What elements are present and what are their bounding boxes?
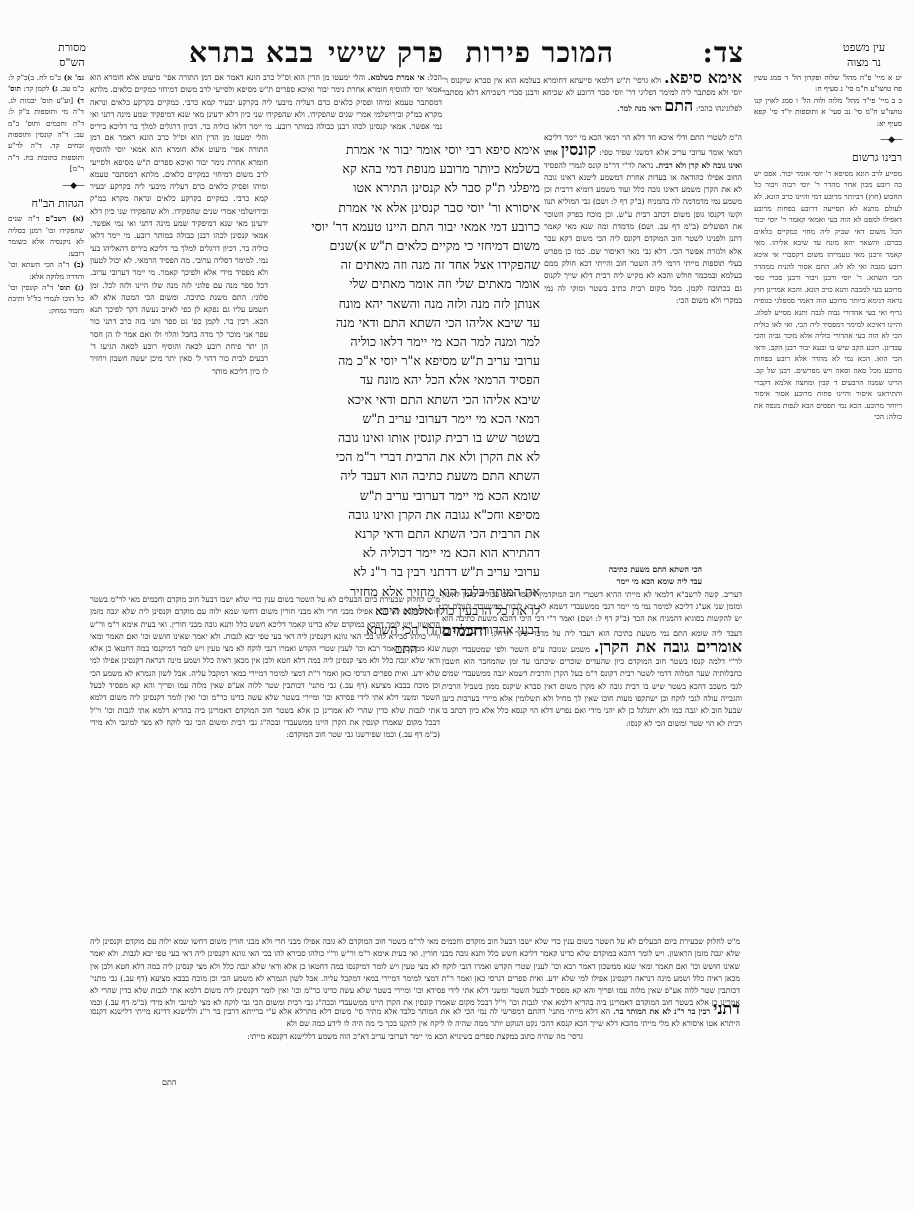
rabbeinu-gershom-title: רבינו גרשום <box>754 152 902 163</box>
rashbam-lemma-vadai: ודאי מנה למר. <box>617 104 662 113</box>
gemara-line: את הרבית הכי השתא התם ודאי קרנא <box>272 524 540 543</box>
gemara-line: איסורא ור' יוסי סבר קנסינן אלא אי אמרת <box>272 198 540 217</box>
gemara-line: אימא סיפא רבי יוסי אומר יבור אי אמרת <box>272 140 540 159</box>
tosafot-lead: הכל: <box>427 73 442 82</box>
gemara-line: כרובע דמי אמאי יבור התם היינו טעמא דר' י… <box>272 217 540 236</box>
gemara-line: מסיפא וחכ"א גגובה את הקרן ואינו גובה <box>272 505 540 524</box>
tosafot-column: והלי ימעטו מן הדין הוא וס"ל כרב הונא דאמ… <box>90 132 268 590</box>
gemara-line: דהתירא הוא הכא מי יימר דכוליה לא <box>272 543 540 562</box>
gemara-line: מיפלגי ת"ק סבר לא קנסינן התירא אטו <box>272 178 540 197</box>
gemara-line: בשלמא כיותר מרובע מנופת דמי בהא קא <box>272 159 540 178</box>
tosafot-lower: מ"ט לחלוק שבעירת ביום הבעלים לא על השטר … <box>90 594 440 934</box>
habach-note-marker: (ג) <box>75 283 84 292</box>
gemara-line: רמאי הכא מי יימר דערובי עריב ת"ש <box>272 409 540 428</box>
gemara-line: ערובי עריב ת"ש מסיפא א"ר יוסי א"כ מה <box>272 351 540 370</box>
habach-note: (ב) ד"ה הכי השתא וכו' והדרה מלוקה אלא: <box>8 259 84 282</box>
mesoret-note-text: לקמן קד: <box>23 84 49 93</box>
bottom-commentary: מ"ט לחלוק שבעירת ביום הבעלים לא על השטר … <box>90 936 740 1006</box>
rashbam-top: אימא סיפא. ולא גרסי' ת"ש דלמאי סייעתא דח… <box>442 72 742 132</box>
rashbam-column: ה"מ לשטויי התם ודלי איכא חד דלא הוי רמאי… <box>544 132 742 564</box>
mesoret-label-line1: מסורת <box>42 40 102 55</box>
mesoret-note: גמ' א) כ"מ לח. ב)כ"ק ל: כ"מ עב. ג) לקמן … <box>8 72 84 175</box>
habach-note-lemma: רשב"ם <box>45 214 66 223</box>
ein-mishpat-label-line1: עין משפט <box>834 40 894 55</box>
chapter-number: פרק שישי <box>328 36 444 70</box>
habach-note: (א) רשב"ם ד"ה שנים שהפקידו וכו' רמנן כסל… <box>8 213 84 259</box>
gemara-line: אומר מאתים שלי וזה אומר מאתים שלי <box>272 274 540 293</box>
gemara-line: הפסיד הרמאי אלא הכל יהא מונח עד <box>272 370 540 389</box>
gemara-line: משום דמיחזי כי מקיים כלאים ת"ש א)שנים <box>272 236 540 255</box>
habach-note-lemma: תוס' <box>58 283 71 292</box>
rashbam-text: משמע שגובה ע"פ השטר ולפי שמטעבדי וקשה לר… <box>442 645 742 728</box>
gemara-line: לא את הקרן ולא את הרבית דברי ר"מ הכי <box>272 447 540 466</box>
gemara-line: עד שיבא אליהו הכי השתא התם ודאי מנה <box>272 313 540 332</box>
gemara-line: אנותן לזה מנה ולזה מנה והשאר יהא מונח <box>272 294 540 313</box>
rabbeinu-gershom-text: מסייע לרב הונא מסיפא ר' יוסי אומר יבור. … <box>754 168 902 423</box>
ornament-divider-icon: —◆— <box>754 135 902 146</box>
hagahot-habach-title: הגהות הב"ח <box>8 198 84 209</box>
ein-mishpat-label: עין משפט נר מצוה <box>834 40 894 70</box>
rashbam-heading: הכי השתא התם משעת כתיבה <box>609 565 702 574</box>
habach-note-marker: (א) <box>72 214 84 223</box>
tosafot-opening: אי אמרת בשלמא. <box>368 73 425 82</box>
rashbam-lemma-konsin: קונסין <box>561 140 596 159</box>
gemara-line: השתא התם משעת כתיבה הוא דעבד ליה <box>272 466 540 485</box>
bottom-commentary-text: מ"ט לחלוק שבעירת ביום הבעלים לא על השטר … <box>90 937 740 1006</box>
bottom-commentary-dtani: דתני רבין בר ר"נ לא את המותר בר. הא דלא … <box>90 1003 740 1043</box>
habach-note-marker: (ב) <box>73 260 84 269</box>
mesoret-label-line2: הש"ס <box>42 55 102 70</box>
tosafot-top: אימא סיפא רבי יוסי אומר יבור אי אמרת הכל… <box>90 72 442 132</box>
mesoret-note-text: [וע"ע תוס' יבמות לג. ד"ה מי ותוספות ב"ק … <box>8 96 84 173</box>
gemara-line: שהפקידו אצל אחד זה מנה וזה מאתים זה <box>272 255 540 274</box>
rashbam-lemma-hatam: התם <box>664 96 693 115</box>
catchword: התם <box>162 1078 176 1087</box>
rashbam-text: דעריב. קשה לרשב"א דלמאי לא מייתי ההיא דש… <box>442 590 742 639</box>
habach-note-text: ד"ה קונסין וכו' כל הוכו לגמרי כל"ל ותיבת… <box>8 283 84 315</box>
habach-note: (ג) תוס' ד"ה קונסין וכו' כל הוכו לגמרי כ… <box>8 282 84 316</box>
ein-mishpat-entry: יט א מיי' פ"ה מהל' שלוה ופקדון הל' ד סמג… <box>754 72 902 95</box>
ein-mishpat-label-line2: נר מצוה <box>834 55 894 70</box>
mesoret-note-marker: גמ' א) <box>64 73 84 82</box>
rashbam-opening: אימא סיפא. <box>664 72 742 87</box>
gemara-line: שיבא אליהו הכי השתא התם ודאי איכא <box>272 390 540 409</box>
ein-mishpat-column: יט א מיי' פ"ה מהל' שלוה ופקדון הל' ד סמג… <box>754 72 902 423</box>
rashbam-lower: הכי השתא התם משעת כתיבה עבד ליה שומא הכא… <box>442 564 742 934</box>
closing-text: גרסי' מה שהיה כתוב במקצת ספרים בשינויא ה… <box>90 1031 740 1043</box>
ein-mishpat-entry: כ ב מיי' פי"ד מהל' מלוה ולוה הל' ו סמג ל… <box>754 95 902 129</box>
tosafot-text: והלי ימעטו מן הדין הוא וס"ל כרב הונא דאמ… <box>90 133 268 376</box>
dtani-lemma: דתני <box>713 999 740 1018</box>
dtani-bold: רבין בר ר"נ לא את המותר בר. <box>613 1007 710 1016</box>
rashbam-heading-block: הכי השתא התם משעת כתיבה עבד ליה שומא הכא… <box>442 564 742 589</box>
tractate-name: בבא בתרא <box>189 36 314 70</box>
gemara-line: שומא הכא מי יימר דערובי עריב ת"ש <box>272 486 540 505</box>
gemara-line: בשטר שיש בו רבית קונסין אותו ואינו גובה <box>272 428 540 447</box>
ornament-divider-icon: —◆— <box>8 181 84 192</box>
chapter-name: המוכר פירות <box>465 36 614 70</box>
mesoret-note-marker: ג) <box>52 84 58 93</box>
rashbam-text: נראה לר"י דר"מ קונס לגמרי להפסיד החוב אפ… <box>544 161 742 305</box>
rashbam-heading-2: עבד ליה שומא הכא מי יימר <box>617 577 702 586</box>
mesoret-hashas-label: מסורת הש"ס <box>42 40 102 70</box>
tosafot-text: מ"ט לחלוק שבעירת ביום הבעלים לא על השטר … <box>90 595 440 739</box>
daf-number: צד: <box>703 36 744 70</box>
gemara-line: למר ומנה למר הכא מי יימר דלאו כוליה <box>272 332 540 351</box>
mesoret-hashas-column: גמ' א) כ"מ לח. ב)כ"ק ל: כ"מ עב. ג) לקמן … <box>8 72 84 316</box>
